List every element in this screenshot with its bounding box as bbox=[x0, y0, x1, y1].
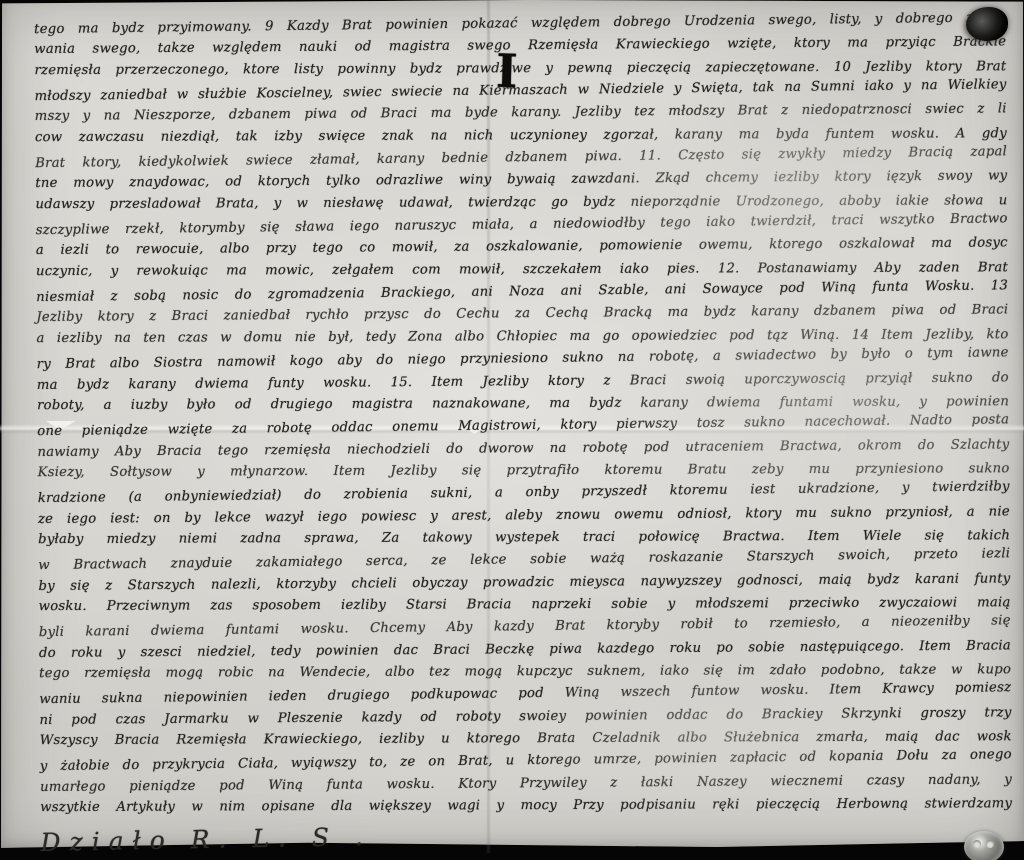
snap-highlight-dot bbox=[986, 840, 994, 848]
manuscript-text: tego ma bydz przyimowany. 9 Kazdy Brat p… bbox=[34, 9, 1013, 852]
snap-highlight-dot bbox=[973, 840, 981, 848]
numeral-stamp-mark: I bbox=[495, 48, 518, 95]
snap-fastener-icon bbox=[964, 831, 1004, 860]
pin-hole-icon bbox=[966, 7, 1008, 41]
photo-frame: tego ma bydz przyimowany. 9 Kazdy Brat p… bbox=[0, 0, 1024, 860]
